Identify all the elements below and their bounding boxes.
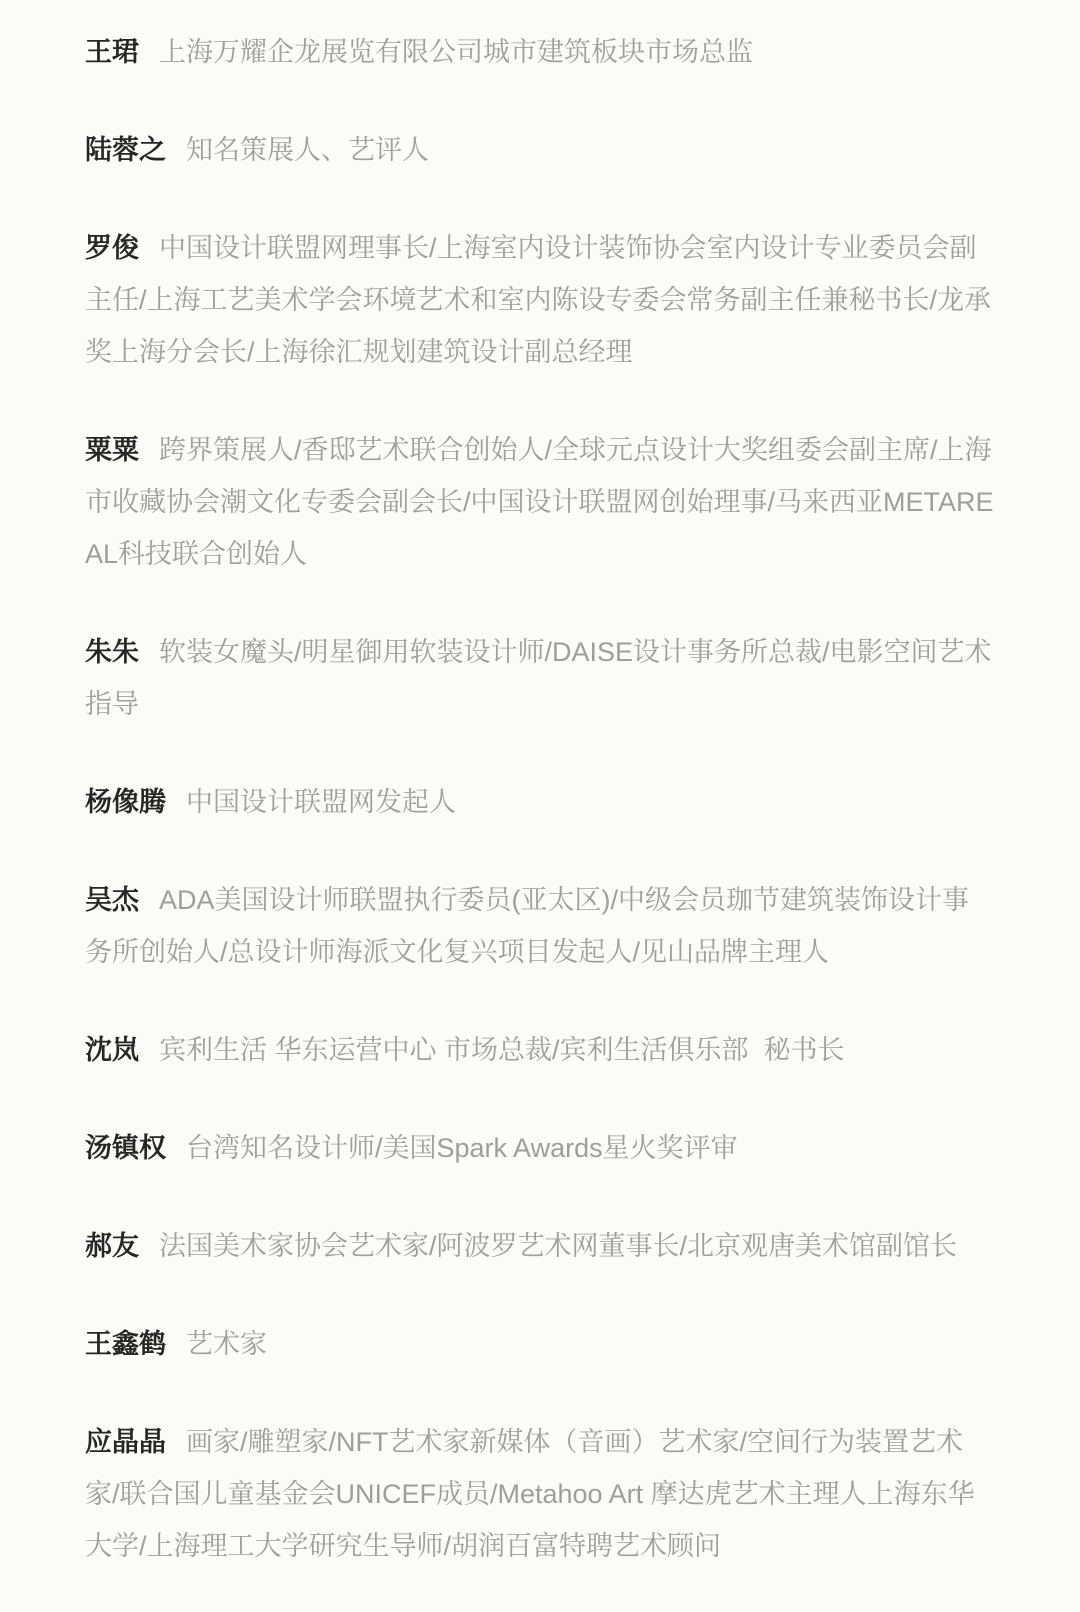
person-entry: 陆蓉之知名策展人、艺评人	[85, 124, 994, 176]
person-name: 朱朱	[85, 637, 139, 667]
person-entry: 王珺上海万耀企龙展览有限公司城市建筑板块市场总监	[85, 26, 994, 78]
person-name: 沈岚	[85, 1035, 139, 1065]
person-name: 杨像腾	[85, 787, 166, 817]
person-title: 宾利生活 华东运营中心 市场总裁/宾利生活俱乐部 秘书长	[159, 1035, 845, 1065]
person-title: 上海万耀企龙展览有限公司城市建筑板块市场总监	[159, 37, 753, 67]
person-entry: 应晶晶画家/雕塑家/NFT艺术家新媒体（音画）艺术家/空间行为装置艺术家/联合国…	[85, 1416, 994, 1572]
person-entry: 罗俊中国设计联盟网理事长/上海室内设计装饰协会室内设计专业委员会副主任/上海工艺…	[85, 222, 994, 378]
person-entry: 吴杰ADA美国设计师联盟执行委员(亚太区)/中级会员珈节建筑装饰设计事务所创始人…	[85, 874, 994, 978]
person-name: 陆蓉之	[85, 135, 166, 165]
speaker-list: 王珺上海万耀企龙展览有限公司城市建筑板块市场总监 陆蓉之知名策展人、艺评人 罗俊…	[0, 0, 1080, 1612]
person-name: 罗俊	[85, 233, 139, 263]
person-title: 台湾知名设计师/美国Spark Awards星火奖评审	[186, 1133, 738, 1163]
person-name: 粟粟	[85, 435, 139, 465]
person-title: 知名策展人、艺评人	[186, 135, 429, 165]
person-entry: 朱朱软装女魔头/明星御用软装设计师/DAISE设计事务所总裁/电影空间艺术指导	[85, 626, 994, 730]
person-title: 艺术家	[186, 1329, 267, 1359]
person-entry: 杨像腾中国设计联盟网发起人	[85, 776, 994, 828]
person-name: 汤镇权	[85, 1133, 166, 1163]
person-title: 跨界策展人/香邸艺术联合创始人/全球元点设计大奖组委会副主席/上海市收藏协会潮文…	[85, 435, 994, 569]
person-title: 法国美术家协会艺术家/阿波罗艺术网董事长/北京观唐美术馆副馆长	[159, 1231, 957, 1261]
person-entry: 粟粟跨界策展人/香邸艺术联合创始人/全球元点设计大奖组委会副主席/上海市收藏协会…	[85, 424, 994, 580]
person-title: ADA美国设计师联盟执行委员(亚太区)/中级会员珈节建筑装饰设计事务所创始人/总…	[85, 885, 969, 967]
person-entry: 郝友法国美术家协会艺术家/阿波罗艺术网董事长/北京观唐美术馆副馆长	[85, 1220, 994, 1272]
person-name: 郝友	[85, 1231, 139, 1261]
person-title: 画家/雕塑家/NFT艺术家新媒体（音画）艺术家/空间行为装置艺术家/联合国儿童基…	[85, 1427, 975, 1561]
person-name: 应晶晶	[85, 1427, 166, 1457]
person-title: 中国设计联盟网发起人	[186, 787, 456, 817]
person-entry: 汤镇权台湾知名设计师/美国Spark Awards星火奖评审	[85, 1122, 994, 1174]
person-name: 王鑫鹤	[85, 1329, 166, 1359]
person-name: 王珺	[85, 37, 139, 67]
person-entry: 王鑫鹤艺术家	[85, 1318, 994, 1370]
person-entry: 沈岚宾利生活 华东运营中心 市场总裁/宾利生活俱乐部 秘书长	[85, 1024, 994, 1076]
person-name: 吴杰	[85, 885, 139, 915]
person-title: 软装女魔头/明星御用软装设计师/DAISE设计事务所总裁/电影空间艺术指导	[85, 637, 992, 719]
person-title: 中国设计联盟网理事长/上海室内设计装饰协会室内设计专业委员会副主任/上海工艺美术…	[85, 233, 991, 367]
